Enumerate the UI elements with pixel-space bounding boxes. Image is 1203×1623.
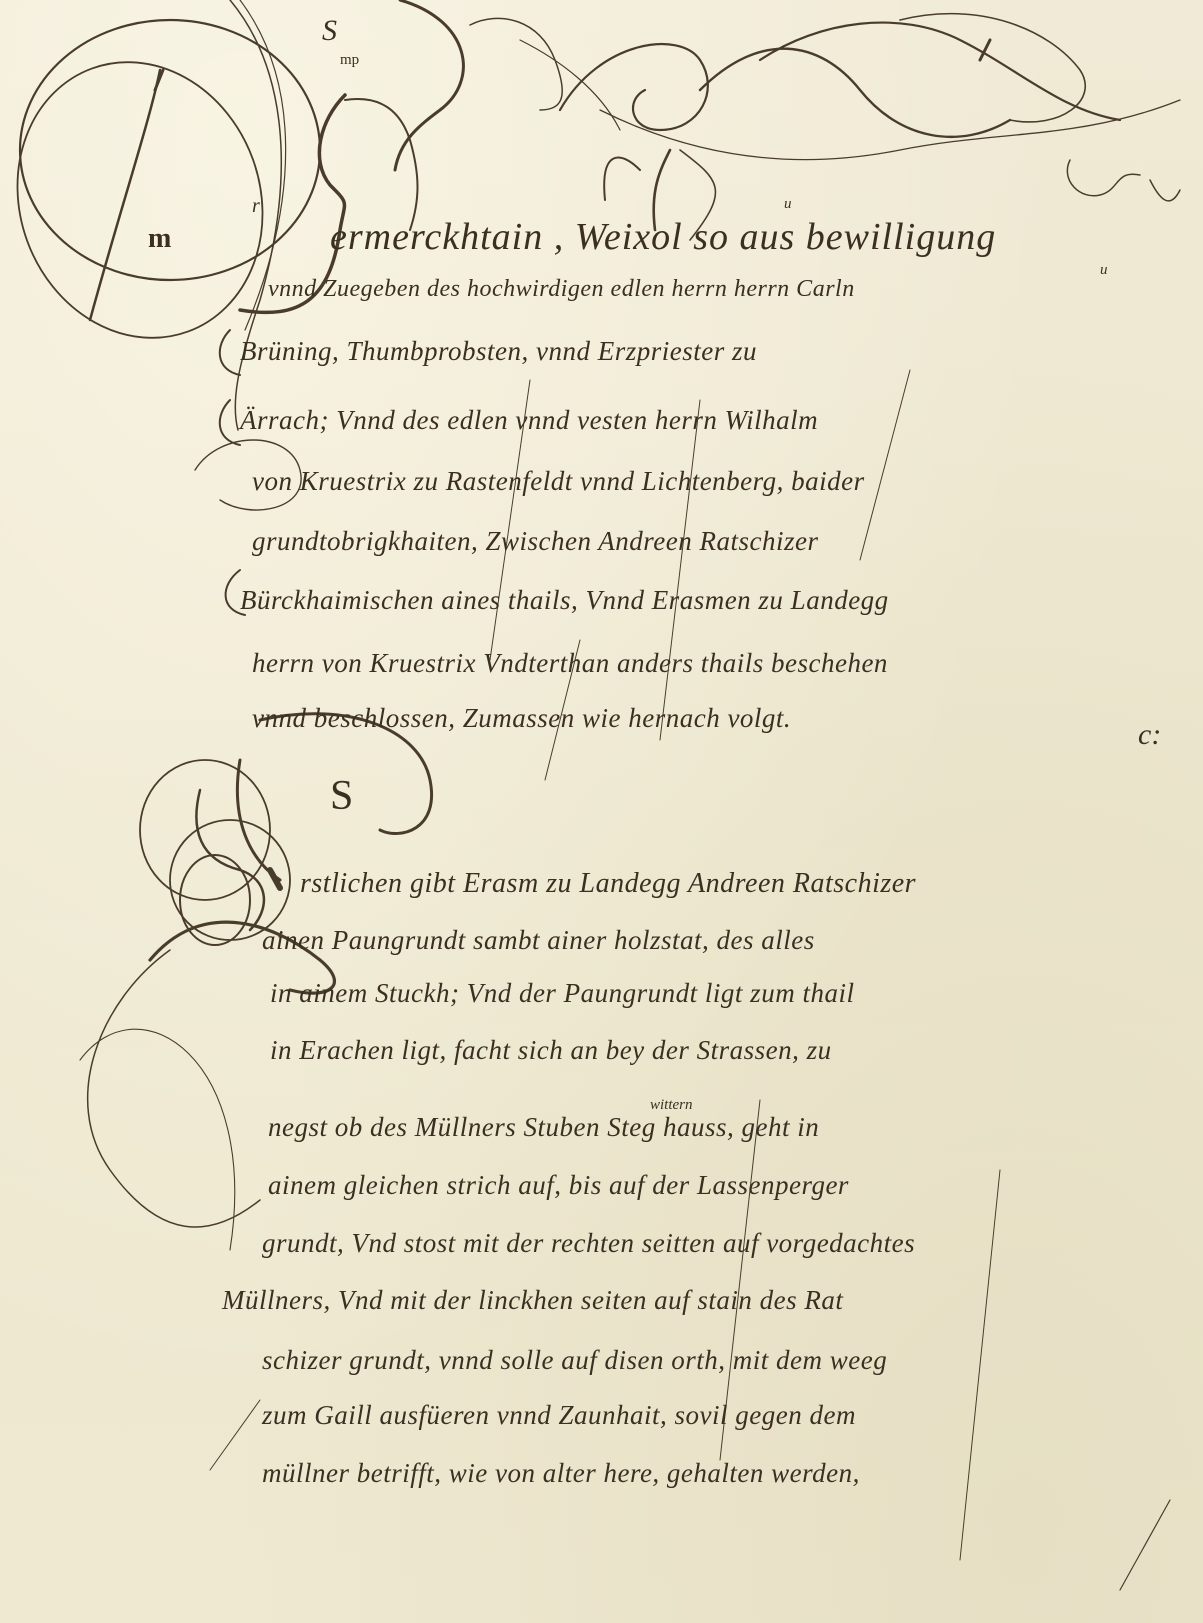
section-line-4: in Erachen ligt, facht sich an bey der S… [270,1035,832,1066]
interlinear-mark-2: u [1100,262,1108,279]
header-line-8: herrn von Kruestrix Vndterthan anders th… [252,648,888,679]
header-line-2: vnnd Zuegeben des hochwirdigen edlen her… [268,276,855,303]
section-line-1: rstlichen gibt Erasm zu Landegg Andreen … [300,868,916,900]
margin-mark-mp: mp [340,52,359,69]
section-line-3: in ainem Stuckh; Vnd der Paungrundt ligt… [270,978,854,1009]
margin-mark-r: r [252,195,260,218]
section-line-10: zum Gaill ausfüeren vnnd Zaunhait, sovil… [262,1400,856,1431]
section-line-11: müllner betrifft, wie von alter here, ge… [262,1458,860,1489]
end-mark: c: [1138,718,1161,752]
header-line-9: vnnd beschlossen, Zumassen wie hernach v… [252,703,791,734]
section-line-6: ainem gleichen strich auf, bis auf der L… [268,1170,849,1201]
header-line-4: Ärrach; Vnnd des edlen vnnd vesten herrn… [240,405,818,436]
header-line-7: Bürckhaimischen aines thails, Vnnd Erasm… [240,585,889,616]
header-line-6: grundtobrigkhaiten, Zwischen Andreen Rat… [252,526,818,557]
section-line-9: schizer grundt, vnnd solle auf disen ort… [262,1345,887,1376]
header-line-3: Brüning, Thumbprobsten, vnnd Erzpriester… [240,336,757,367]
header-line-5: von Kruestrix zu Rastenfeldt vnnd Lichte… [252,466,865,497]
section-line-7: grundt, Vnd stost mit der rechten seitte… [262,1228,915,1259]
section-line-8: Müllners, Vnd mit der linckhen seiten au… [222,1285,843,1316]
margin-mark-m: m [148,223,171,255]
section-line-2: ainen Paungrundt sambt ainer holzstat, d… [262,925,815,956]
margin-mark-s: S [322,14,337,48]
header-line-1: ermerckhtain , Weixol so aus bewilligung [330,215,996,259]
section-mark-s: S [330,772,353,820]
section-line-5: negst ob des Müllners Stuben Steg hauss,… [268,1112,819,1143]
interlinear-mark-1: u [784,196,792,213]
